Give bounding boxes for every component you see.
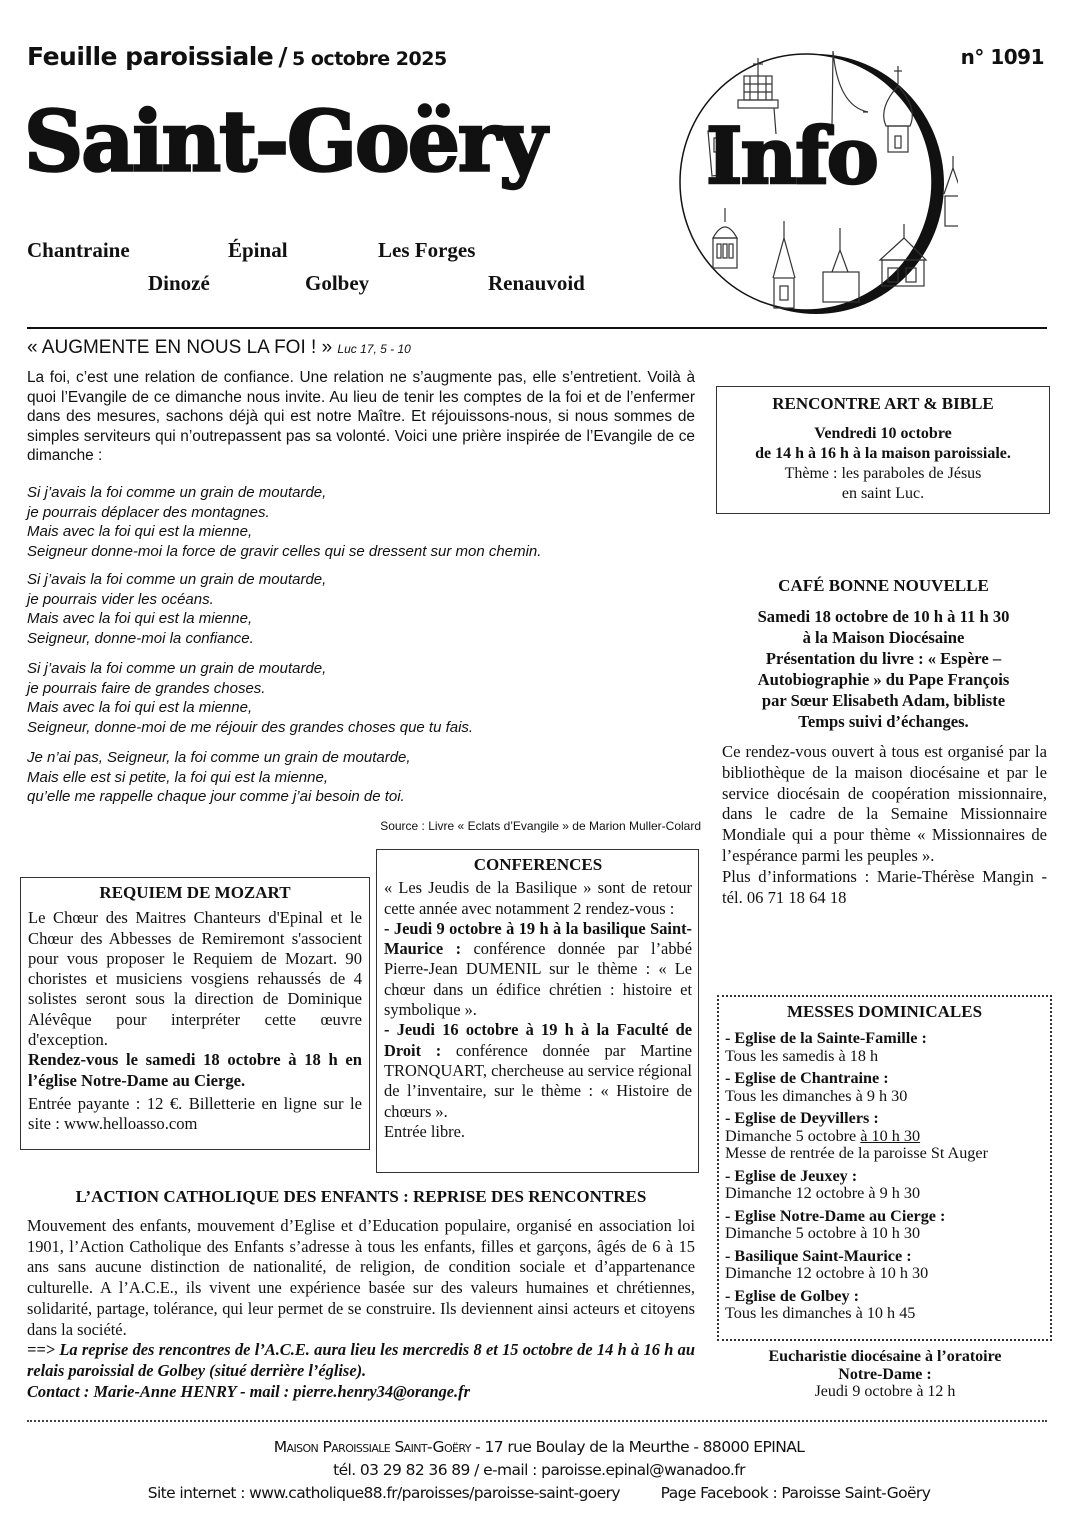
conferences-title: CONFERENCES	[384, 855, 692, 875]
prayer-line: Si j’avais la foi comme un grain de mout…	[27, 570, 707, 590]
prayer-line: je pourrais faire de grandes choses.	[27, 679, 707, 699]
brand-subtitle: Info	[706, 118, 877, 196]
requiem-title: REQUIEM DE MOZART	[28, 883, 362, 903]
eucharist-line3: Jeudi 9 octobre à 12 h	[720, 1383, 1050, 1401]
mass-church: - Eglise de Jeuxey :	[725, 1168, 1044, 1186]
prayer-line: Mais avec la foi qui est la mienne,	[27, 698, 707, 718]
mass-time-underlined: à 10 h 30	[860, 1127, 920, 1145]
cafe-body: Ce rendez-vous ouvert à tous est organis…	[722, 742, 1047, 908]
cafe-contact: Plus d’informations : Marie-Thérèse Mang…	[722, 867, 1047, 909]
conference-item-2: - Jeudi 16 octobre à 19 h à la Faculté d…	[384, 1020, 692, 1121]
cafe-line: Autobiographie » du Pape François	[720, 669, 1047, 690]
mass-time: Dimanche 12 octobre à 10 h 30	[725, 1265, 1044, 1283]
mass-church: - Eglise de Chantraine :	[725, 1070, 1044, 1088]
prayer-line: Seigneur, donne-moi la confiance.	[27, 629, 707, 649]
art-bible-time-place: de 14 h à 16 h à la maison paroissiale.	[717, 444, 1049, 464]
mass-time: Tous les samedis à 18 h	[725, 1048, 1044, 1066]
ace-body: Mouvement des enfants, mouvement d’Eglis…	[27, 1216, 695, 1340]
mass-item: - Eglise de Golbey : Tous les dimanches …	[725, 1288, 1044, 1323]
gospel-title: « AUGMENTE EN NOUS LA FOI ! »	[27, 337, 332, 358]
ace-section: L’ACTION CATHOLIQUE DES ENFANTS : REPRIS…	[27, 1187, 695, 1402]
eucharist-line2: Notre-Dame :	[720, 1366, 1050, 1384]
prayer-stanza-3: Si j’avais la foi comme un grain de mout…	[27, 659, 707, 737]
town-dinoze: Dinozé	[148, 271, 210, 296]
mass-time-prefix: Dimanche 5 octobre	[725, 1127, 860, 1145]
art-bible-theme: Thème : les paraboles de Jésus	[717, 464, 1049, 484]
town-les-forges: Les Forges	[378, 238, 475, 263]
requiem-ticket: Entrée payante : 12 €. Billetterie en li…	[28, 1094, 362, 1135]
town-renauvoid: Renauvoid	[488, 271, 585, 296]
town-golbey: Golbey	[305, 271, 369, 296]
cafe-description: Ce rendez-vous ouvert à tous est organis…	[722, 742, 1047, 867]
cafe-line: par Sœur Elisabeth Adam, bibliste	[720, 690, 1047, 711]
prayer-stanza-4: Je n’ai pas, Seigneur, la foi comme un g…	[27, 748, 707, 807]
mass-church: - Eglise de la Sainte-Famille :	[725, 1030, 1044, 1048]
footer-divider	[27, 1420, 1047, 1422]
cafe-line: Temps suivi d’échanges.	[720, 711, 1047, 732]
conferences-box: CONFERENCES « Les Jeudis de la Basilique…	[376, 849, 699, 1173]
mass-item: - Eglise de Deyvillers : Dimanche 5 octo…	[725, 1110, 1044, 1163]
cafe-title: CAFÉ BONNE NOUVELLE	[720, 576, 1047, 596]
ace-title: L’ACTION CATHOLIQUE DES ENFANTS : REPRIS…	[27, 1187, 695, 1207]
requiem-box: REQUIEM DE MOZART Le Chœur des Maitres C…	[20, 877, 370, 1150]
cafe-line: à la Maison Diocésaine	[720, 627, 1047, 648]
mass-item: - Eglise de Chantraine : Tous les dimanc…	[725, 1070, 1044, 1105]
footer-address-rest: - 17 rue Boulay de la Meurthe - 88000 EP…	[471, 1438, 804, 1456]
prayer-line: Je n’ai pas, Seigneur, la foi comme un g…	[27, 748, 707, 768]
issue-number: n° 1091	[961, 45, 1044, 69]
mass-church: - Eglise Notre-Dame au Cierge :	[725, 1208, 1044, 1226]
footer-links: Site internet : www.catholique88.fr/paro…	[0, 1484, 1078, 1502]
prayer-stanza-1: Si j’avais la foi comme un grain de mout…	[27, 483, 707, 561]
prayer-line: Si j’avais la foi comme un grain de mout…	[27, 659, 707, 679]
mass-item: - Eglise Notre-Dame au Cierge : Dimanche…	[725, 1208, 1044, 1243]
brand-title: Saint-Goëry	[24, 100, 545, 184]
mass-note: Messe de rentrée de la paroisse St Auger	[725, 1145, 1044, 1163]
mass-time: Dimanche 5 octobre à 10 h 30	[725, 1128, 1044, 1146]
town-epinal: Épinal	[228, 238, 288, 263]
mass-time: Dimanche 12 octobre à 9 h 30	[725, 1185, 1044, 1203]
art-bible-theme-cont: en saint Luc.	[717, 484, 1049, 504]
mass-item: - Eglise de Jeuxey : Dimanche 12 octobre…	[725, 1168, 1044, 1203]
mass-time: Dimanche 5 octobre à 10 h 30	[725, 1225, 1044, 1243]
ace-contact: Contact : Marie-Anne HENRY - mail : pier…	[27, 1382, 695, 1403]
gospel-reference: Luc 17, 5 - 10	[337, 342, 410, 356]
footer-website-link[interactable]: Site internet : www.catholique88.fr/paro…	[148, 1484, 620, 1502]
cafe-section: CAFÉ BONNE NOUVELLE Samedi 18 octobre de…	[720, 576, 1047, 732]
footer-address: Maison Paroissiale Saint-Goëry - 17 rue …	[0, 1438, 1078, 1456]
masthead-label: Feuille paroissiale	[27, 42, 273, 71]
mass-time: Tous les dimanches à 10 h 45	[725, 1305, 1044, 1323]
eucharist-line1: Eucharistie diocésaine à l’oratoire	[720, 1348, 1050, 1366]
eucharist-notice: Eucharistie diocésaine à l’oratoire Notr…	[720, 1348, 1050, 1401]
cafe-line: Présentation du livre : « Espère –	[720, 648, 1047, 669]
prayer-line: Seigneur, donne-moi de me réjouir des gr…	[27, 718, 707, 738]
prayer-stanza-2: Si j’avais la foi comme un grain de mout…	[27, 570, 707, 648]
masthead-separator: /	[278, 42, 287, 71]
footer-contact: tél. 03 29 82 36 89 / e-mail : paroisse.…	[0, 1461, 1078, 1479]
requiem-body: Le Chœur des Maitres Chanteurs d'Epinal …	[28, 908, 362, 1050]
mass-church: - Eglise de Golbey :	[725, 1288, 1044, 1306]
masthead-line: Feuille paroissiale / 5 octobre 2025	[27, 42, 447, 71]
art-bible-box: RENCONTRE ART & BIBLE Vendredi 10 octobr…	[716, 386, 1050, 514]
footer-org-name: Maison Paroissiale Saint-Goëry	[274, 1438, 471, 1456]
mass-item: - Basilique Saint-Maurice : Dimanche 12 …	[725, 1248, 1044, 1283]
conferences-intro: « Les Jeudis de la Basilique » sont de r…	[384, 878, 692, 919]
cafe-line: Samedi 18 octobre de 10 h à 11 h 30	[720, 606, 1047, 627]
prayer-line: je pourrais vider les océans.	[27, 590, 707, 610]
gospel-intro: La foi, c’est une relation de confiance.…	[27, 368, 695, 466]
footer-facebook-link[interactable]: Page Facebook : Paroisse Saint-Goëry	[661, 1484, 931, 1502]
prayer-line: Mais avec la foi qui est la mienne,	[27, 522, 707, 542]
prayer-source: Source : Livre « Eclats d’Evangile » de …	[380, 819, 701, 833]
messes-title: MESSES DOMINICALES	[725, 1002, 1044, 1022]
mass-item: - Eglise de la Sainte-Famille : Tous les…	[725, 1030, 1044, 1065]
mass-church: - Basilique Saint-Maurice :	[725, 1248, 1044, 1266]
art-bible-title: RENCONTRE ART & BIBLE	[717, 394, 1049, 414]
conferences-footer: Entrée libre.	[384, 1122, 692, 1142]
prayer-line: Seigneur donne-moi la force de gravir ce…	[27, 542, 707, 562]
town-chantraine: Chantraine	[27, 238, 130, 263]
ace-announcement: ==> La reprise des rencontres de l’A.C.E…	[27, 1340, 695, 1381]
requiem-rdv: Rendez-vous le samedi 18 octobre à 18 h …	[28, 1050, 362, 1091]
prayer-line: je pourrais déplacer des montagnes.	[27, 503, 707, 523]
mass-church: - Eglise de Deyvillers :	[725, 1110, 1044, 1128]
prayer-line: qu’elle me rappelle chaque jour comme j’…	[27, 787, 707, 807]
issue-date: 5 octobre 2025	[292, 48, 447, 70]
conference-item-1: - Jeudi 9 octobre à 19 h à la basilique …	[384, 919, 692, 1020]
header-divider	[27, 327, 1047, 329]
prayer-line: Mais elle est si petite, la foi qui est …	[27, 768, 707, 788]
prayer-line: Si j’avais la foi comme un grain de mout…	[27, 483, 707, 503]
gospel-heading: « AUGMENTE EN NOUS LA FOI ! » Luc 17, 5 …	[27, 337, 411, 359]
prayer-line: Mais avec la foi qui est la mienne,	[27, 609, 707, 629]
art-bible-date: Vendredi 10 octobre	[717, 424, 1049, 444]
mass-time: Tous les dimanches à 9 h 30	[725, 1088, 1044, 1106]
messes-box: MESSES DOMINICALES - Eglise de la Sainte…	[717, 995, 1052, 1341]
